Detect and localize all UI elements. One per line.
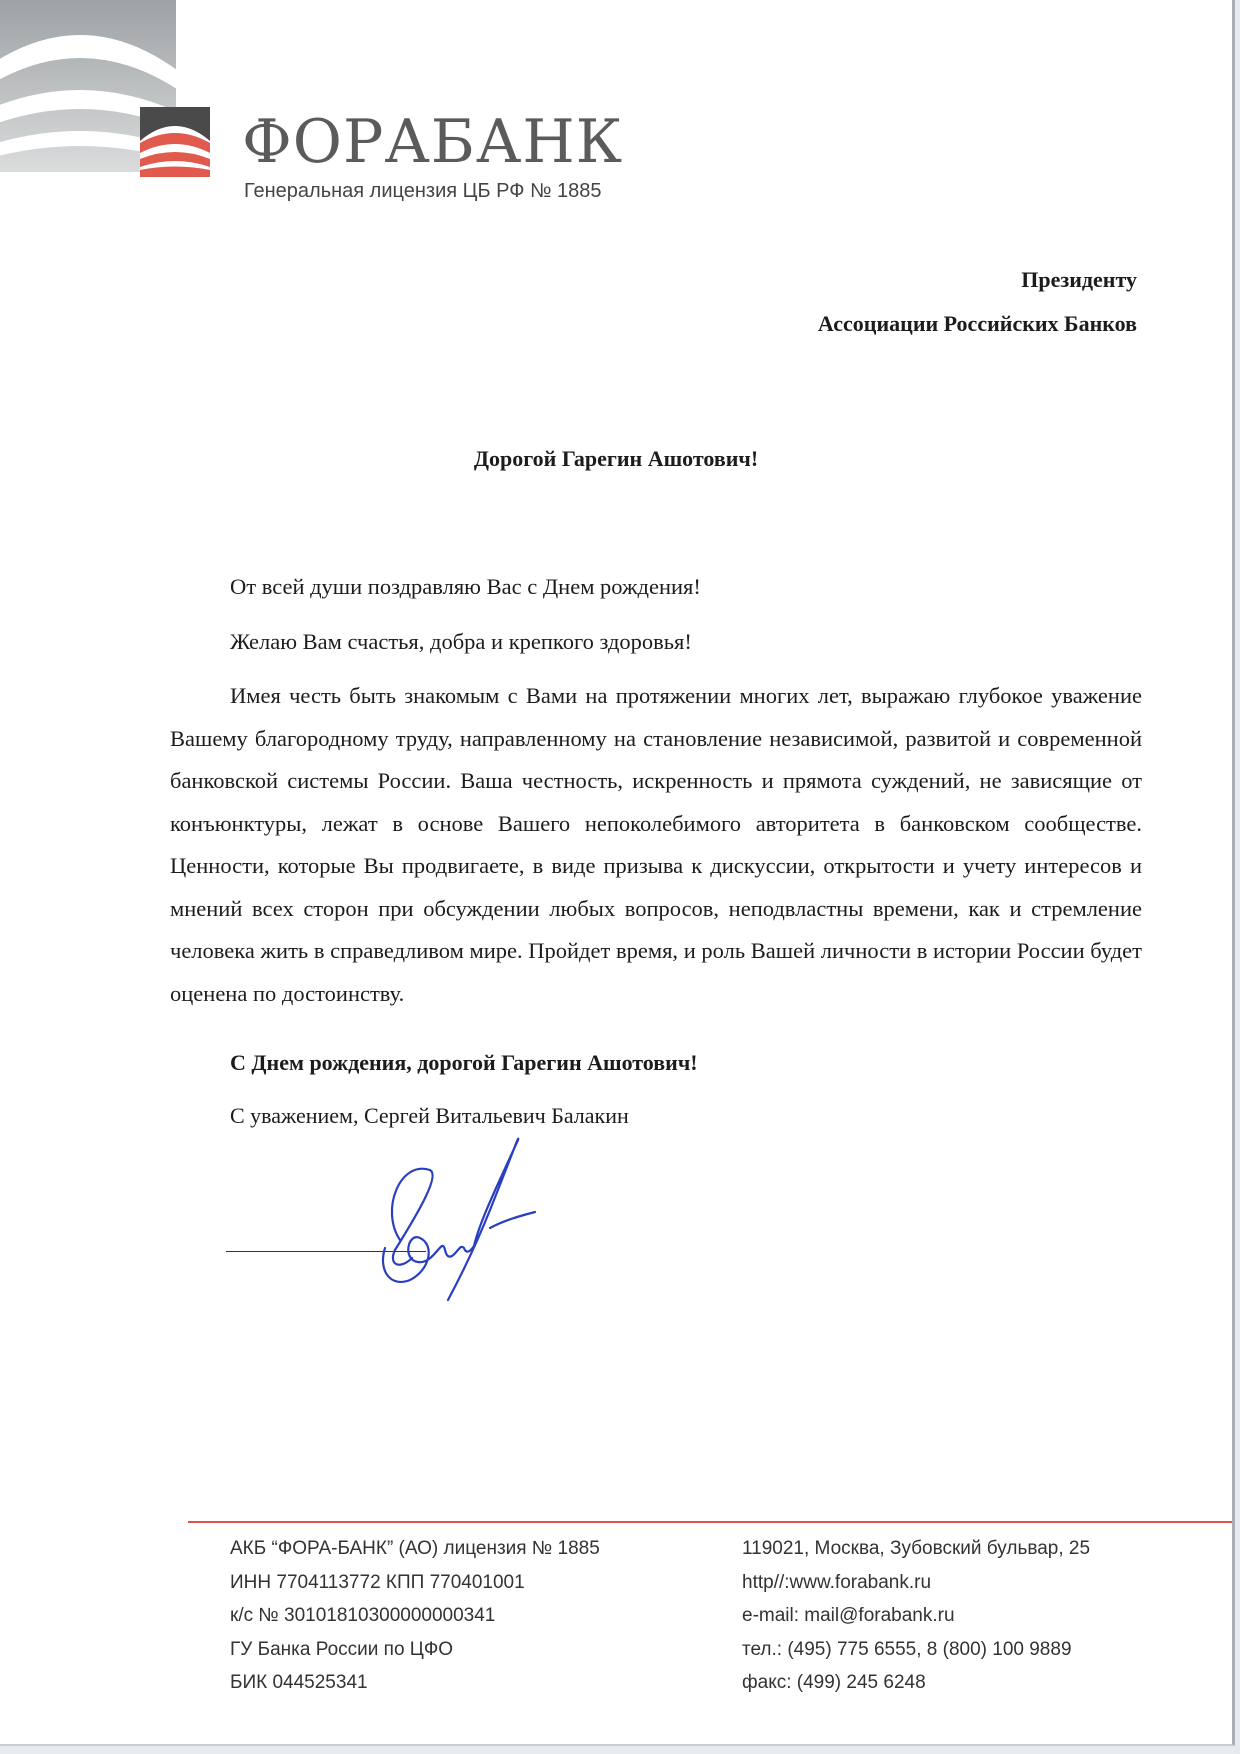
footer-corr-account: к/с № 30101810300000000341 [230,1599,600,1633]
salutation-text: Дорогой Гарегин Ашотович! [474,446,758,471]
footer-bank-name: АКБ “ФОРА-БАНК” (АО) лицензия № 1885 [230,1532,600,1566]
body-paragraph: Имея честь быть знакомым с Вами на протя… [170,675,1142,1015]
footer-website: http//:www.forabank.ru [742,1566,1090,1600]
recipient-line-organization: Ассоциации Российских Банков [818,302,1137,346]
footer-contacts: 119021, Москва, Зубовский бульвар, 25 ht… [742,1532,1090,1700]
closing-line: С Днем рождения, дорогой Гарегин Ашотови… [230,1050,698,1076]
footer-bank-details: АКБ “ФОРА-БАНК” (АО) лицензия № 1885 ИНН… [230,1532,600,1700]
body-paragraph: От всей души поздравляю Вас с Днем рожде… [170,566,1142,609]
handwritten-signature-icon [360,1120,560,1310]
scan-edge-strip [1235,0,1240,1754]
footer-email: e-mail: mail@forabank.ru [742,1599,1090,1633]
forabank-logo-icon [140,107,210,177]
footer-branch: ГУ Банка России по ЦФО [230,1633,600,1667]
footer-bik: БИК 044525341 [230,1666,600,1700]
recipient-block: Президенту Ассоциации Российских Банков [818,258,1137,346]
brand-license-line: Генеральная лицензия ЦБ РФ № 1885 [244,181,602,201]
brand-name: ФОРАБАНК [242,112,623,172]
salutation: Дорогой Гарегин Ашотович! [0,446,1232,472]
footer-fax: факс: (499) 245 6248 [742,1666,1090,1700]
body-paragraph: Желаю Вам счастья, добра и крепкого здор… [170,621,1142,664]
footer-divider [188,1521,1232,1523]
recipient-line-title: Президенту [818,258,1137,302]
footer-address: 119021, Москва, Зубовский бульвар, 25 [742,1532,1090,1566]
footer-inn-kpp: ИНН 7704113772 КПП 770401001 [230,1566,600,1600]
footer-phone: тел.: (495) 775 6555, 8 (800) 100 9889 [742,1633,1090,1667]
letter-page: ФОРАБАНК Генеральная лицензия ЦБ РФ № 18… [0,0,1235,1746]
letter-body: От всей души поздравляю Вас с Днем рожде… [170,566,1142,1015]
